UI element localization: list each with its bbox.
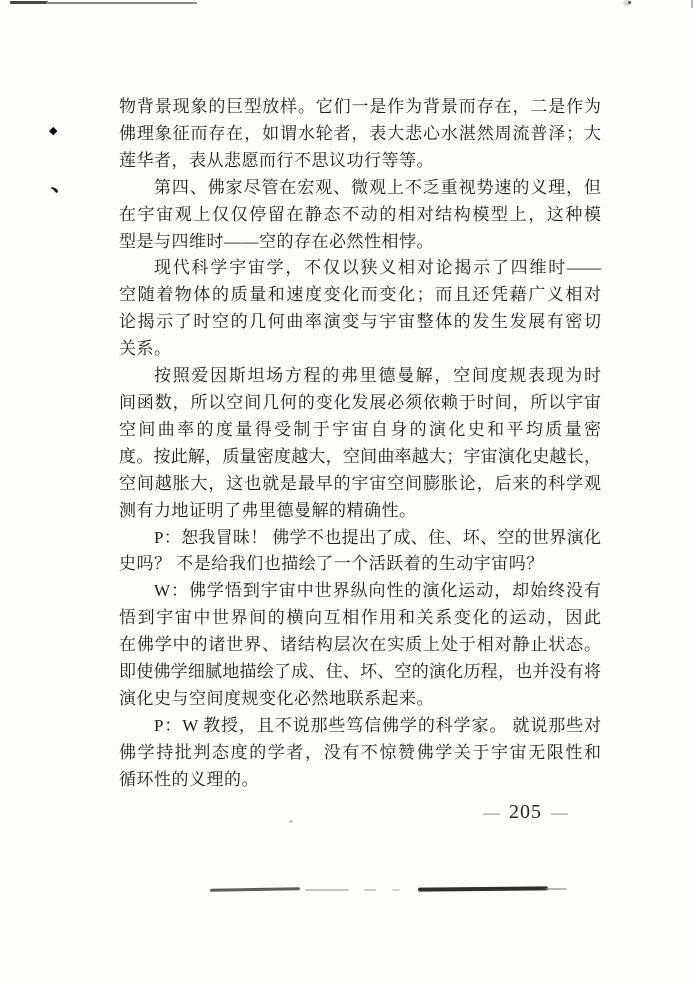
text-line: 在佛学中的诸世界、诸结构层次在实质上处于相对静止状态。 — [119, 632, 601, 659]
text-line: 空间曲率的度量得受制于宇宙自身的演化史和平均质量密 — [119, 417, 601, 444]
page-number-value: 205 — [509, 801, 542, 824]
page-number-left-dash: — — [483, 803, 500, 823]
text-line: 空随着物体的质量和速度变化而变化；而且还凭藉广义相对 — [119, 282, 601, 309]
book-page: { "document": { "lines": [ "物背景现象的巨型放样。它… — [0, 0, 695, 983]
text-line: 循环性的义理的。 — [119, 767, 601, 794]
scan-rule-gray-segment — [46, 2, 197, 4]
scan-smudge-bottom — [210, 887, 300, 892]
text-line: 即使佛学细腻地描绘了成、住、坏、空的演化历程，也并没有将 — [119, 659, 601, 686]
scan-smudge-bottom — [305, 889, 349, 891]
text-line: 第四、佛家尽管在宏观、微观上不乏重视势速的义理，但 — [119, 175, 601, 202]
scan-smudge-bottom — [418, 886, 548, 891]
text-line: W：佛学悟到宇宙中世界纵向性的演化运动，却始终没有 — [119, 578, 601, 605]
text-line: 演化史与空间度规变化必然地联系起来。 — [119, 686, 601, 713]
text-line: 在宇宙观上仅仅停留在静态不动的相对结构模型上，这种模 — [119, 202, 601, 229]
scan-dot-top-right — [628, 1, 631, 4]
text-line: 型是与四维时——空的存在必然性相悖。 — [119, 229, 601, 256]
scan-tick-page-edge — [691, 0, 693, 8]
text-line: 现代科学宇宙学，不仅以狭义相对论揭示了四维时—— — [119, 255, 601, 282]
text-line: 间函数，所以空间几何的变化发展必须依赖于时间，所以宇宙 — [119, 390, 601, 417]
scan-smudge-bottom — [545, 888, 567, 890]
text-line: 空间越胀大，这也就是最早的宇宙空间膨胀论，后来的科学观 — [119, 471, 601, 498]
scan-smudge-bottom — [392, 889, 400, 891]
body-text: 物背景现象的巨型放样。它们一是作为背景而存在，二是作为 佛理象征而存在，如谓水轮… — [119, 94, 601, 794]
text-line: 史吗？ 不是给我们也描绘了一个活跃着的生动宇宙吗？ — [119, 551, 601, 578]
ink-blot-comma-mark: 、 — [49, 171, 74, 196]
text-line: 物背景现象的巨型放样。它们一是作为背景而存在，二是作为 — [119, 94, 601, 121]
text-line: 度。按此解，质量密度越大，空间曲率越大；宇宙演化史越长， — [119, 444, 601, 471]
text-line: 测有力地证明了弗里德曼解的精确性。 — [119, 498, 601, 525]
scan-smudge-bottom — [364, 889, 376, 891]
text-line: 按照爱因斯坦场方程的弗里德曼解，空间度规表现为时 — [119, 363, 601, 390]
text-line: 佛学持批判态度的学者，没有不惊赞佛学关于宇宙无限性和 — [119, 740, 601, 767]
text-line: P：恕我冒昧！ 佛学不也提出了成、住、坏、空的世界演化 — [119, 525, 601, 552]
text-line: 莲华者，表从悲愿而行不思议功行等等。 — [119, 148, 601, 175]
ink-blot-diamond-mark: ◆ — [49, 126, 57, 137]
text-line: 佛理象征而存在，如谓水轮者，表大悲心水湛然周流普泽；大 — [119, 121, 601, 148]
text-line: 论揭示了时空的几何曲率演变与宇宙整体的发生发展有密切 — [119, 309, 601, 336]
text-line: 悟到宇宙中世界间的横向互相作用和关系变化的运动，因此 — [119, 605, 601, 632]
scan-rule-dark-segment — [10, 1, 48, 4]
scan-dot-near-footer — [289, 820, 293, 823]
text-line: 关系。 — [119, 336, 601, 363]
page-number-right-dash: — — [551, 803, 568, 823]
text-line: P：W 教授，且不说那些笃信佛学的科学家。 就说那些对 — [119, 713, 601, 740]
page-number: — 205 — — [483, 801, 568, 824]
